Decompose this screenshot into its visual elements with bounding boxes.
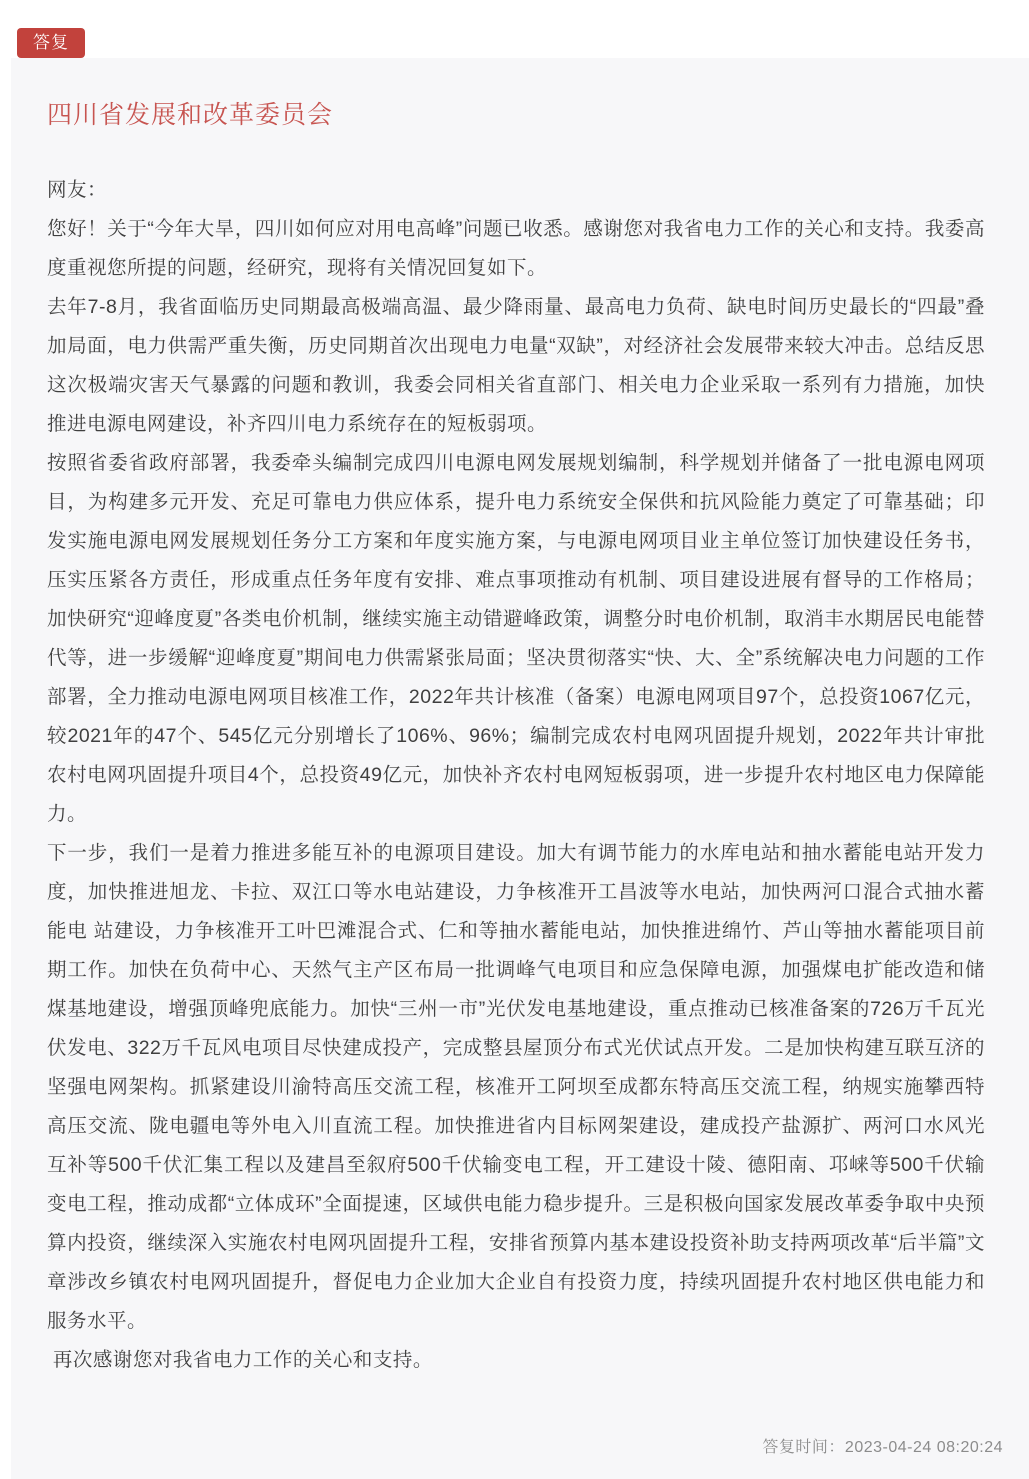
reply-timestamp-value: 2023-04-24 08:20:24 <box>845 1439 1003 1456</box>
reply-body: 网友： 您好！关于“今年大旱，四川如何应对用电高峰”问题已收悉。感谢您对我省电力… <box>47 171 985 1380</box>
reply-paragraph: 去年7-8月，我省面临历史同期最高极端高温、最少降雨量、最高电力负荷、缺电时间历… <box>47 288 985 444</box>
salutation: 网友： <box>47 171 985 210</box>
reply-paragraph: 您好！关于“今年大旱，四川如何应对用电高峰”问题已收悉。感谢您对我省电力工作的关… <box>47 210 985 288</box>
reply-paragraph: 按照省委省政府部署，我委牵头编制完成四川电源电网发展规划编制，科学规划并储备了一… <box>47 444 985 834</box>
reply-paragraph: 再次感谢您对我省电力工作的关心和支持。 <box>47 1341 985 1380</box>
reply-timestamp-label: 答复时间： <box>762 1439 845 1456</box>
agency-title: 四川省发展和改革委员会 <box>47 95 985 131</box>
reply-timestamp-row: 答复时间：2023-04-24 08:20:24 <box>47 1434 1003 1457</box>
reply-card: 四川省发展和改革委员会 网友： 您好！关于“今年大旱，四川如何应对用电高峰”问题… <box>11 58 1029 1479</box>
reply-paragraph: 下一步，我们一是着力推进多能互补的电源项目建设。加大有调节能力的水库电站和抽水蓄… <box>47 834 985 1341</box>
reply-badge: 答复 <box>17 28 85 58</box>
